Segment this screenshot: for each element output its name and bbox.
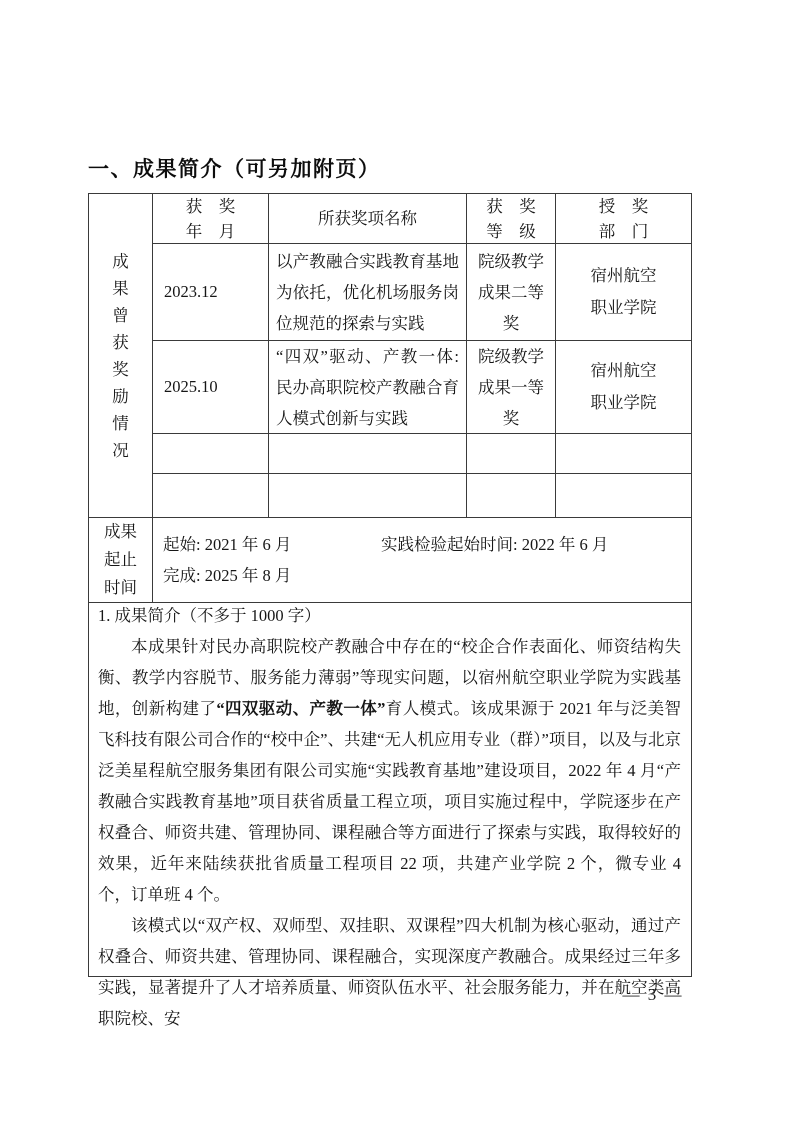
award-name-text: “四双”驱动、产教一体:民办高职院校产教融合育人模式创新与实践 xyxy=(276,341,459,434)
award-date-cell: 2025.10 xyxy=(153,341,269,434)
award-date-cell xyxy=(153,474,269,518)
award-level-cell: 院级教学 成果一等 奖 xyxy=(467,341,556,434)
column-header-award-name: 所获奖项名称 xyxy=(269,194,467,244)
award-name-cell xyxy=(269,434,467,474)
summary-section: 1. 成果简介（不多于 1000 字） 本成果针对民办高职院校产教融合中存在的“… xyxy=(89,597,691,976)
award-date-cell: 2023.12 xyxy=(153,244,269,341)
award-name-text: 以产教融合实践教育基地为依托，优化机场服务岗位规范的探索与实践 xyxy=(276,246,459,339)
award-name-cell: 以产教融合实践教育基地为依托，优化机场服务岗位规范的探索与实践 xyxy=(269,244,467,341)
award-department-cell xyxy=(556,474,691,518)
award-level-cell xyxy=(467,434,556,474)
duration-content: 起始: 2021 年 6 月 实践检验起始时间: 2022 年 6 月 完成: … xyxy=(153,518,691,603)
summary-p1-text-after: 育人模式。该成果源于 2021 年与泛美智飞科技有限公司合作的“校中企”、共建“… xyxy=(98,699,681,904)
award-level-cell: 院级教学 成果二等 奖 xyxy=(467,244,556,341)
summary-paragraph-1: 本成果针对民办高职院校产教融合中存在的“校企合作表面化、师资结构失衡、教学内容脱… xyxy=(98,631,681,910)
duration-practice-start: 实践检验起始时间: 2022 年 6 月 xyxy=(381,529,608,560)
achievement-table: 成 果 曾 获 奖 励 情 况 获 奖 年 月 所获奖项名称 获 奖 等 级 授… xyxy=(88,193,692,977)
summary-p1-bold-phrase: “四双驱动、产教一体” xyxy=(216,699,385,718)
duration-row-label: 成果 起止 时间 xyxy=(89,518,153,603)
duration-section: 成果 起止 时间 起始: 2021 年 6 月 实践检验起始时间: 2022 年… xyxy=(89,518,691,597)
section-heading: 一、成果简介（可另加附页） xyxy=(88,153,381,183)
award-level-cell xyxy=(467,474,556,518)
summary-section-title: 1. 成果简介（不多于 1000 字） xyxy=(98,600,681,631)
duration-finish: 完成: 2025 年 8 月 xyxy=(163,560,691,591)
duration-start: 起始: 2021 年 6 月 xyxy=(163,535,291,554)
column-header-award-date: 获 奖 年 月 xyxy=(153,194,269,244)
award-name-cell: “四双”驱动、产教一体:民办高职院校产教融合育人模式创新与实践 xyxy=(269,341,467,434)
award-name-cell xyxy=(269,474,467,518)
page-number: — 3 — xyxy=(608,985,698,1005)
duration-line-start: 起始: 2021 年 6 月 实践检验起始时间: 2022 年 6 月 xyxy=(163,529,691,560)
summary-paragraph-2: 该模式以“双产权、双师型、双挂职、双课程”四大机制为核心驱动，通过产权叠合、师资… xyxy=(98,910,681,1034)
column-header-award-level: 获 奖 等 级 xyxy=(467,194,556,244)
awards-row-label: 成 果 曾 获 奖 励 情 况 xyxy=(89,194,153,518)
column-header-award-department: 授 奖 部 门 xyxy=(556,194,691,244)
document-page: 一、成果简介（可另加附页） 成 果 曾 获 奖 励 情 况 获 奖 年 月 所获… xyxy=(0,0,793,1122)
award-department-cell xyxy=(556,434,691,474)
award-date-cell xyxy=(153,434,269,474)
award-department-cell: 宿州航空 职业学院 xyxy=(556,244,691,341)
award-department-cell: 宿州航空 职业学院 xyxy=(556,341,691,434)
awards-section: 成 果 曾 获 奖 励 情 况 获 奖 年 月 所获奖项名称 获 奖 等 级 授… xyxy=(89,194,691,518)
